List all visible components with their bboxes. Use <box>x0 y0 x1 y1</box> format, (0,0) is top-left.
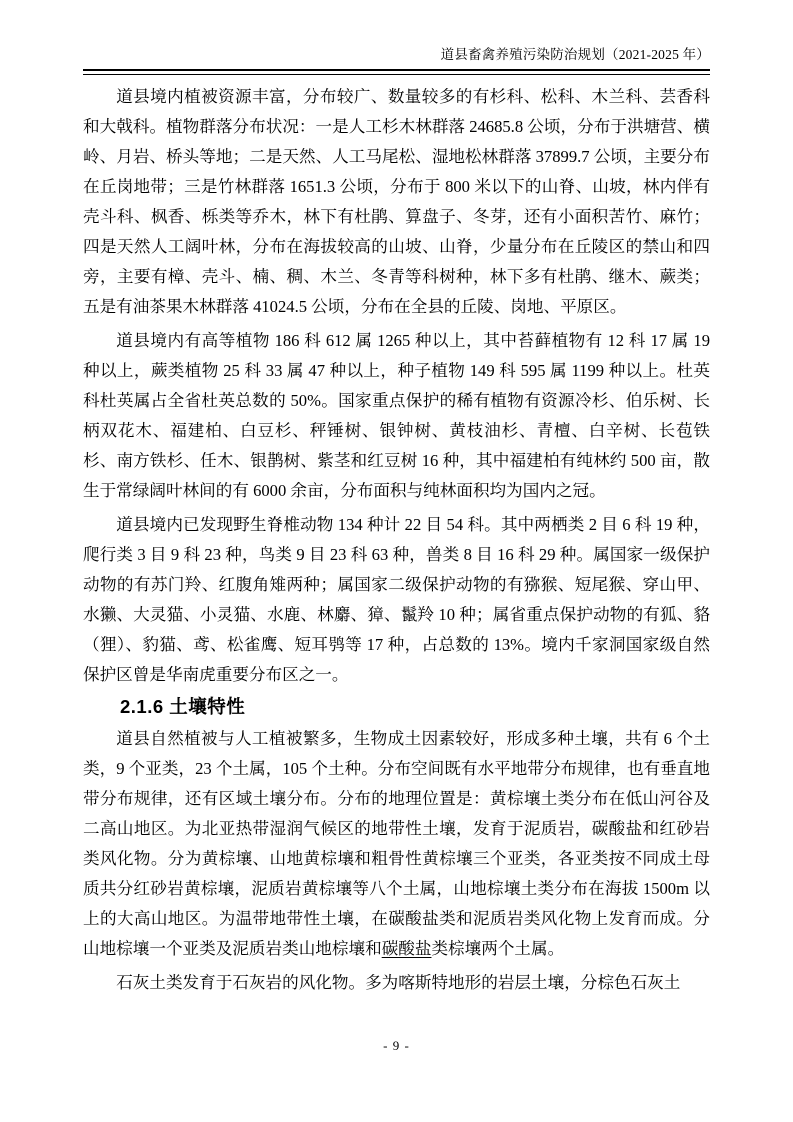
document-page: 道县畜禽养殖污染防治规划（2021-2025 年） 道县境内植被资源丰富，分布较… <box>0 0 793 1122</box>
soil-text-post: 类棕壤两个土属。 <box>431 939 564 958</box>
paragraph-vegetation-overview: 道县境内植被资源丰富，分布较广、数量较多的有杉科、松科、木兰科、芸香科和大戟科。… <box>83 82 710 322</box>
paragraph-soil-characteristics: 道县自然植被与人工植被繁多，生物成土因素较好，形成多种土壤，共有 6 个土类，9… <box>83 724 710 964</box>
soil-text-pre: 道县自然植被与人工植被繁多，生物成土因素较好，形成多种土壤，共有 6 个土类，9… <box>83 729 710 958</box>
soil-text-underlined-term: 碳酸盐 <box>382 939 432 958</box>
paragraph-higher-plants: 道县境内有高等植物 186 科 612 属 1265 种以上，其中苔藓植物有 1… <box>83 326 710 506</box>
paragraph-wild-animals: 道县境内已发现野生脊椎动物 134 种计 22 目 54 科。其中两栖类 2 目… <box>83 510 710 690</box>
section-heading: 2.1.6 土壤特性 <box>83 694 710 720</box>
document-body: 道县境内植被资源丰富，分布较广、数量较多的有杉科、松科、木兰科、芸香科和大戟科。… <box>83 82 710 998</box>
page-header-title: 道县畜禽养殖污染防治规划（2021-2025 年） <box>83 46 710 69</box>
header-divider <box>83 69 710 75</box>
page-number: - 9 - <box>0 1038 793 1054</box>
paragraph-limestone-soil: 石灰土类发育于石灰岩的风化物。多为喀斯特地形的岩层土壤，分棕色石灰土 <box>83 968 710 998</box>
